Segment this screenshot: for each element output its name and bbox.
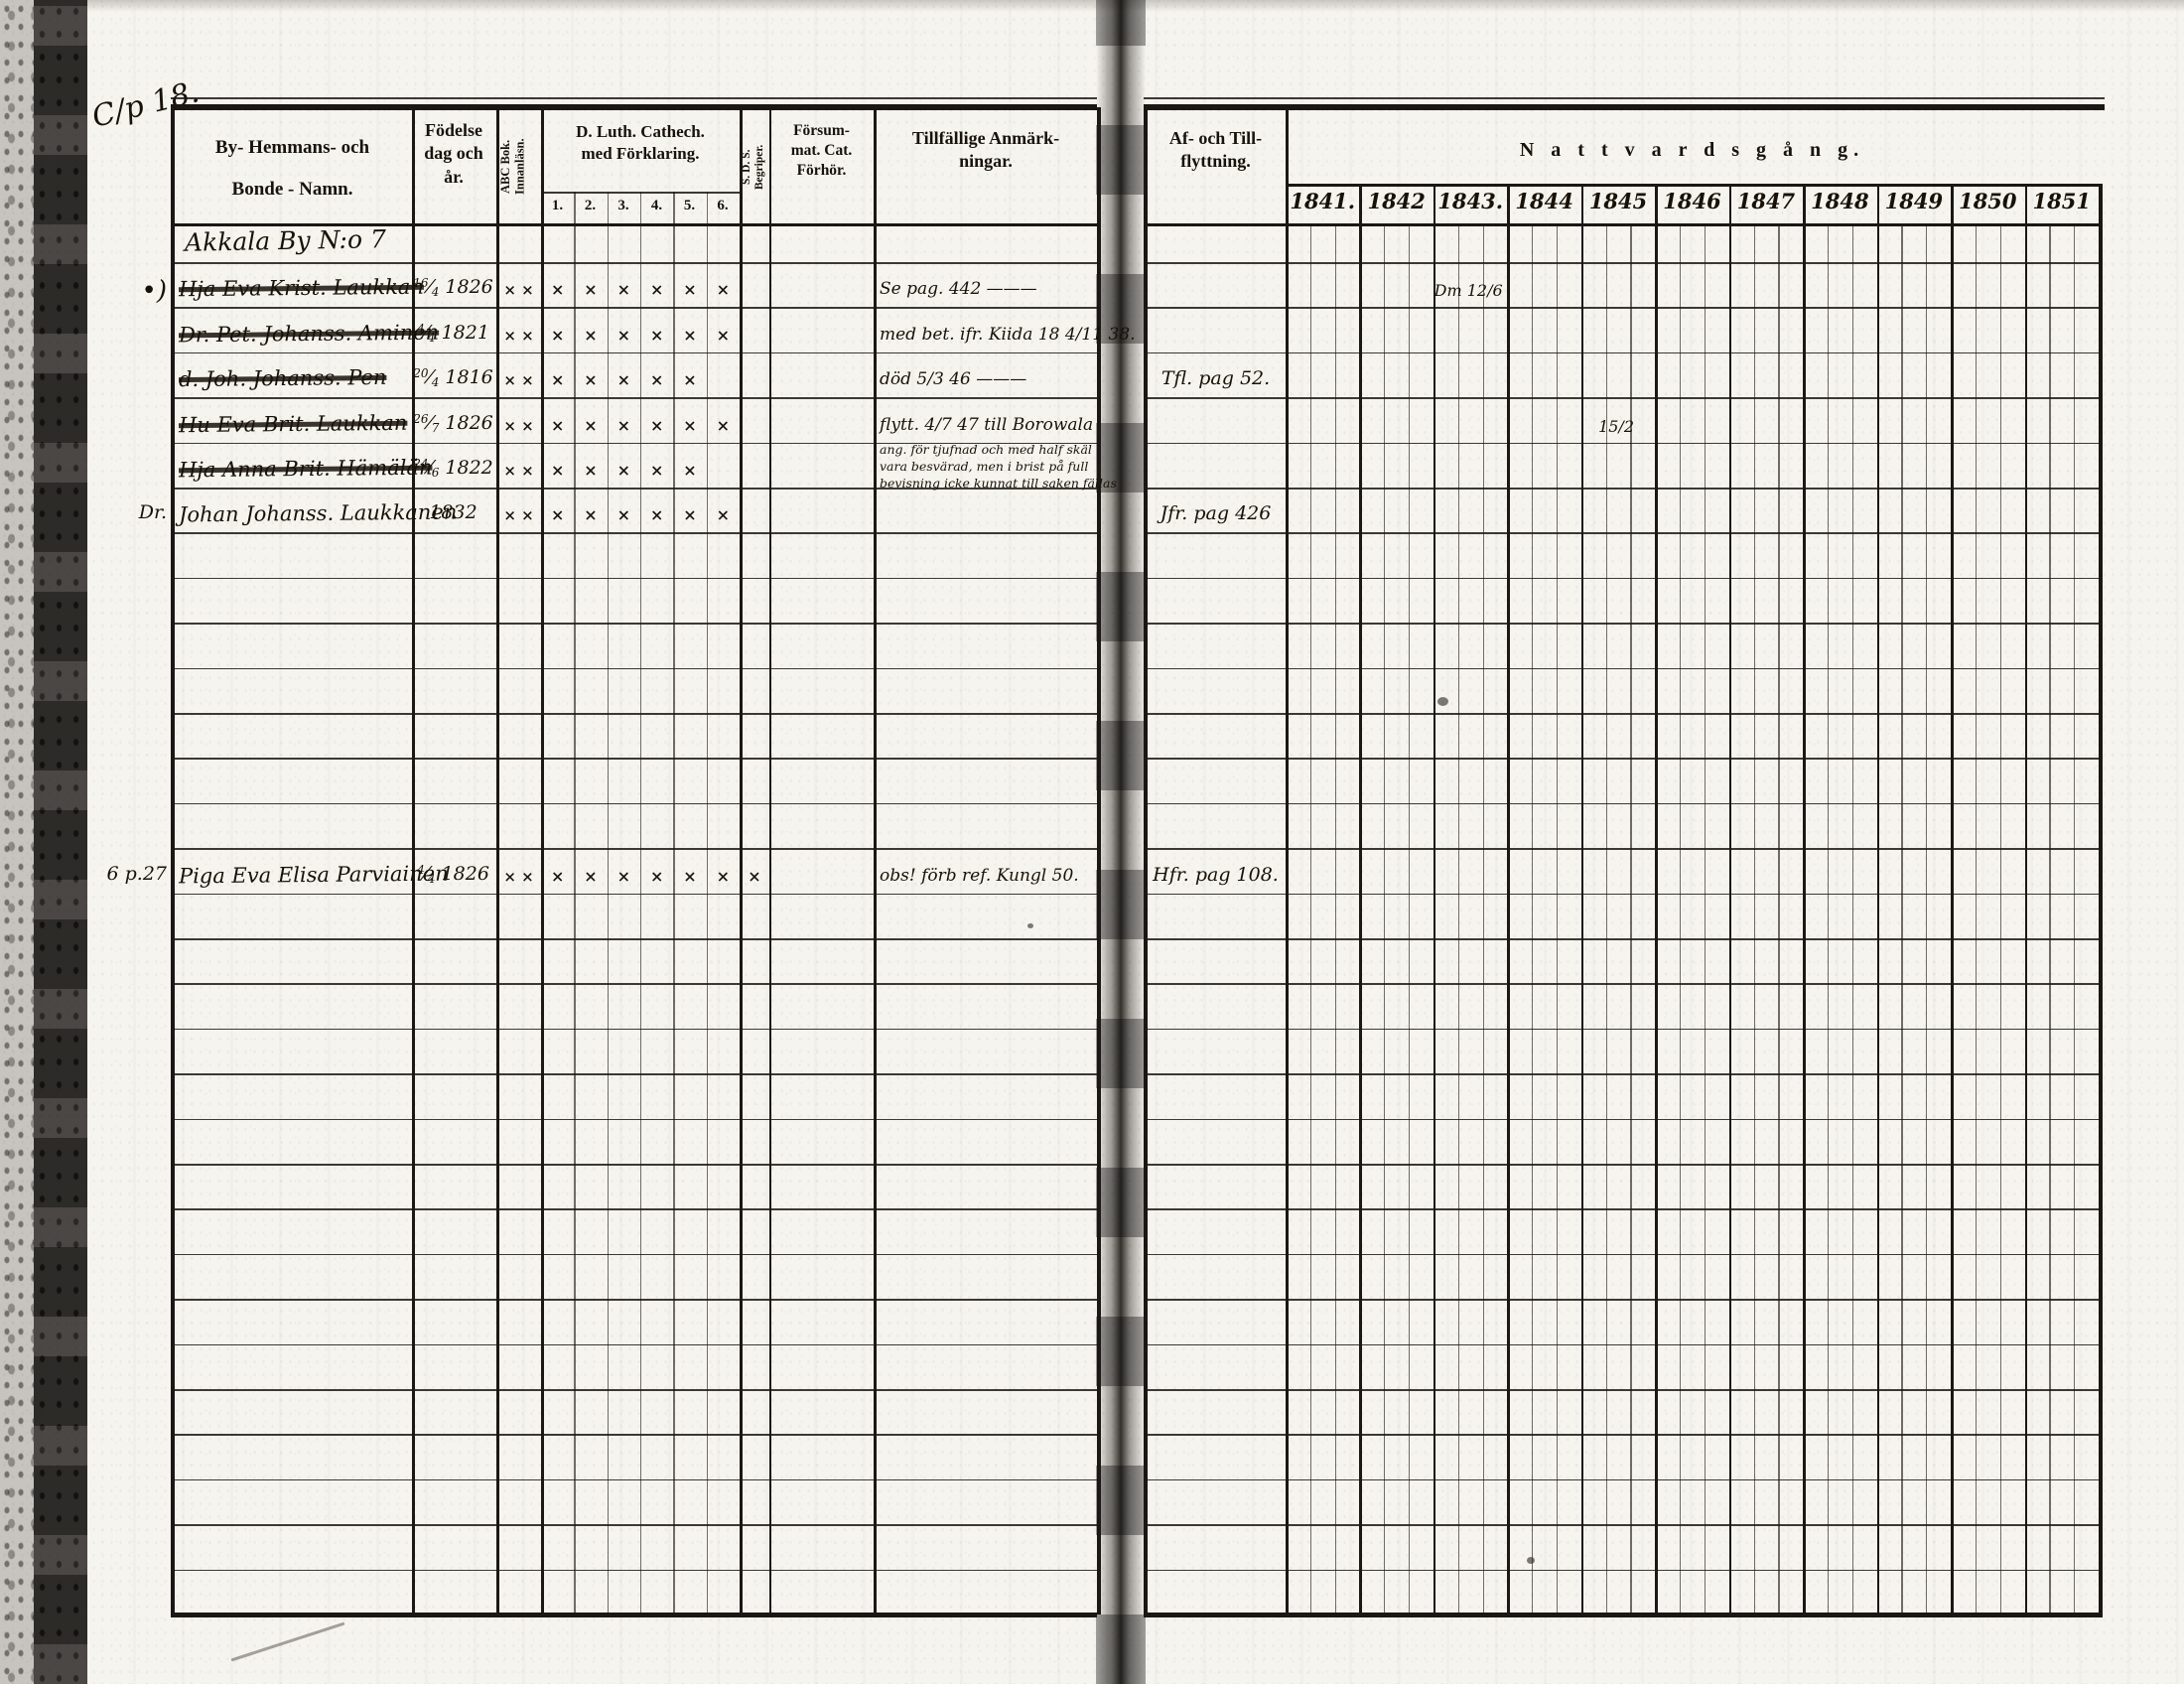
birth-column-header: Födelse dag och år. (414, 119, 493, 189)
scan-edge-light (0, 0, 34, 1684)
rule-horizontal (1286, 184, 2103, 187)
rule-vertical (1557, 223, 1558, 1614)
cathechism-mark: × (673, 505, 706, 524)
entry-name: Hja Eva Krist. Laukkan (179, 275, 424, 302)
cathechism-mark: × (574, 461, 607, 480)
rule-vertical (874, 107, 877, 1614)
entry-birth-date: 20⁄4 1816 (410, 366, 496, 389)
rule-horizontal (171, 352, 1097, 354)
rule-horizontal (171, 983, 1097, 985)
entry-remark-small: ang. för tjufnad och med half skäl (880, 442, 1092, 457)
abc-marks: × × (496, 506, 541, 524)
entry-remark-small: vara besvärad, men i brist på full (880, 459, 1088, 474)
ink-speck (1527, 1557, 1535, 1564)
rule-vertical (2074, 223, 2075, 1614)
year-label: 1849 (1877, 189, 1951, 213)
cathechism-mark: × (608, 867, 640, 886)
entry-birth-date: 1832 (410, 501, 496, 523)
rule-horizontal (171, 1029, 1097, 1031)
entry-name: d. Joh. Johanss. Pen (179, 365, 387, 391)
cathechism-mark: × (673, 867, 706, 886)
rule-vertical (574, 192, 575, 1614)
entry-margin-note: 6 p.27 (83, 863, 167, 885)
year-label: 1848 (1803, 189, 1876, 213)
rule-horizontal (171, 848, 1097, 850)
rule-horizontal (171, 1208, 1097, 1210)
rule-horizontal (171, 938, 1097, 940)
abc-marks: × × (496, 327, 541, 345)
cath-subcol-label-1: 1. (541, 197, 574, 216)
cathechism-mark: × (640, 867, 673, 886)
rule-vertical (2049, 223, 2050, 1614)
rule-vertical (1680, 223, 1681, 1614)
year-label: 1843. (1433, 189, 1507, 213)
rule-vertical (1532, 223, 1533, 1614)
year-label: 1844 (1507, 189, 1580, 213)
rule-vertical (1144, 107, 1148, 1614)
rule-horizontal (171, 1254, 1097, 1256)
abc-marks: × × (496, 371, 541, 389)
names-column-header: By- Hemmans- och Bonde - Namn. (177, 127, 408, 210)
cath-subcol-label-4: 4. (640, 197, 673, 216)
cathechism-mark: × (640, 505, 673, 524)
entry-birth-date: 24⁄6 1822 (410, 457, 496, 480)
cathechism-mark: × (673, 280, 706, 299)
cathechism-mark: × (541, 326, 574, 345)
entry-margin-note: •) (83, 276, 167, 306)
entry-birth-date: 26⁄7 1826 (410, 412, 496, 435)
entry-name: Dr. Pet. Johanss. Aminen (179, 320, 439, 347)
abc-marks: × × (496, 462, 541, 480)
rule-horizontal (171, 758, 1097, 760)
cathechism-mark: × (673, 326, 706, 345)
rule-vertical (2099, 184, 2103, 1614)
abc-marks: × × (496, 868, 541, 886)
rule-horizontal (171, 623, 1097, 625)
rule-horizontal (171, 1479, 1097, 1481)
rule-vertical (1951, 184, 1954, 1614)
anmarkningar-column-header: Tillfällige Anmärk- ningar. (878, 127, 1094, 174)
binding-gutter (1096, 0, 1146, 1684)
cathechism-mark: × (640, 416, 673, 435)
rule-vertical (1286, 107, 1289, 1614)
rule-horizontal (171, 668, 1097, 670)
rule-horizontal (171, 1389, 1097, 1391)
year-label: 1845 (1581, 189, 1655, 213)
village-header: Akkala By N:o 7 (185, 224, 386, 257)
rule-vertical (740, 107, 743, 1614)
cathechism-mark: × (673, 370, 706, 389)
cathechism-mark: × (541, 280, 574, 299)
rule-horizontal (171, 223, 1097, 226)
ink-speck (1437, 697, 1448, 706)
cathechism-mark: × (608, 280, 640, 299)
entry-name: Hu Eva Brit. Laukkan (179, 410, 408, 436)
cath-subcol-label-2: 2. (574, 197, 607, 216)
rule-vertical (707, 192, 708, 1614)
rule-horizontal (171, 578, 1097, 580)
year-label: 1842 (1359, 189, 1433, 213)
cathechism-mark: × (574, 867, 607, 886)
entry-birth-date: 4⁄4 1826 (410, 863, 496, 886)
cathechism-mark: × (608, 370, 640, 389)
rule-vertical (1655, 184, 1658, 1614)
rule-vertical (1581, 184, 1584, 1614)
abc-column-header: ABC Bok. Innanläsn. (498, 113, 540, 220)
entry-remark: obs! förb ref. Kungl 50. (880, 866, 1094, 886)
rule-vertical (1877, 184, 1880, 1614)
cathechism-mark: × (640, 370, 673, 389)
cathechism-mark: × (608, 416, 640, 435)
cathechism-mark: × (608, 326, 640, 345)
rule-horizontal (171, 1434, 1097, 1436)
communion-mark: Dm 12/6 (1424, 281, 1513, 300)
year-label: 1847 (1729, 189, 1803, 213)
abc-marks: × × (496, 281, 541, 299)
rule-horizontal (171, 1344, 1097, 1346)
rule-vertical (1803, 184, 1806, 1614)
rule-vertical (1359, 184, 1362, 1614)
rule-vertical (1384, 223, 1385, 1614)
cathechism-mark: × (640, 280, 673, 299)
rule-vertical (608, 192, 609, 1614)
rule-vertical (769, 107, 771, 1614)
rule-vertical (1976, 223, 1977, 1614)
rule-horizontal (171, 262, 1097, 264)
entry-birth-date: 16⁄4 1826 (410, 276, 496, 299)
cathechism-mark: × (707, 326, 740, 345)
rule-horizontal (171, 1299, 1097, 1301)
cathechism-mark: × (707, 416, 740, 435)
cathechism-mark: × (640, 326, 673, 345)
year-label: 1841. (1286, 189, 1359, 213)
rule-vertical (1705, 223, 1706, 1614)
cathechism-mark: × (541, 370, 574, 389)
rule-vertical (2025, 184, 2028, 1614)
entry-transfer-note: Jfr. pag 426 (1148, 502, 1284, 524)
rule-horizontal (171, 97, 1097, 99)
cathechism-mark: × (541, 416, 574, 435)
rule-vertical (1335, 223, 1336, 1614)
rule-horizontal (171, 1073, 1097, 1075)
cathechism-mark: × (673, 416, 706, 435)
year-label: 1846 (1655, 189, 1728, 213)
rule-vertical (1778, 223, 1779, 1614)
cathechism-mark: × (608, 505, 640, 524)
cathechism-mark: × (707, 867, 740, 886)
cathechism-mark: × (608, 461, 640, 480)
cathechism-column-header: D. Luth. Cathech. med Förklaring. (545, 121, 736, 165)
rule-horizontal (171, 1119, 1097, 1121)
rule-horizontal (171, 1570, 1097, 1572)
rule-horizontal (171, 1524, 1097, 1526)
rule-vertical (1754, 223, 1755, 1614)
rule-vertical (1852, 223, 1853, 1614)
entry-margin-note: Dr. (83, 501, 167, 523)
cathechism-mark: × (640, 461, 673, 480)
rule-horizontal (171, 397, 1097, 399)
rule-horizontal (171, 713, 1097, 715)
year-label: 1850 (1951, 189, 2024, 213)
cathechism-mark: × (541, 505, 574, 524)
cathechism-mark: × (574, 416, 607, 435)
cath-subcol-label-5: 5. (673, 197, 706, 216)
ink-speck (1027, 923, 1033, 928)
cath-subcol-label-3: 3. (607, 197, 640, 216)
entry-remark: med bet. ifr. Kiida 18 4/11 38. (880, 325, 1094, 345)
rule-horizontal (171, 803, 1097, 805)
parish-register-scan: C/p 18. By- Hemmans- och Bonde - Namn. F… (0, 0, 2184, 1684)
entry-transfer-note: Hfr. pag 108. (1148, 864, 1284, 886)
entry-name: Piga Eva Elisa Parviainen (179, 861, 449, 888)
rule-vertical (1483, 223, 1484, 1614)
cathechism-mark: × (574, 505, 607, 524)
rule-vertical (171, 107, 175, 1614)
cathechism-mark: × (574, 370, 607, 389)
entry-remark-small: bevisning icke kunnat till saken fällas (880, 476, 1117, 491)
rule-vertical (1729, 184, 1732, 1614)
nattvardsgang-title: N a t t v a r d s g å n g. (1286, 137, 2099, 163)
entry-birth-date: 4⁄4 1821 (410, 322, 496, 345)
entry-name: Hja Anna Brit. Hämälän (179, 456, 433, 483)
rule-horizontal (1144, 97, 2105, 99)
rule-horizontal (171, 307, 1097, 309)
year-label: 1851 (2025, 189, 2099, 213)
cath-subcol-label-6: 6. (706, 197, 740, 216)
rule-vertical (2000, 223, 2001, 1614)
communion-mark: 15/2 (1571, 417, 1661, 436)
rule-vertical (1458, 223, 1459, 1614)
sds-mark: × (740, 867, 769, 886)
rule-vertical (1409, 223, 1410, 1614)
rule-vertical (640, 192, 641, 1614)
abc-marks: × × (496, 417, 541, 435)
entry-remark: Se pag. 442 ——— (880, 279, 1094, 299)
rule-horizontal (171, 1613, 1097, 1617)
rule-vertical (1926, 223, 1927, 1614)
cathechism-mark: × (574, 280, 607, 299)
cathechism-mark: × (707, 280, 740, 299)
entry-remark: flytt. 4/7 47 till Borowala (880, 415, 1094, 435)
sds-column-header: S. D. S. Begriper. (741, 113, 768, 220)
cathechism-mark: × (574, 326, 607, 345)
cathechism-mark: × (541, 867, 574, 886)
rule-vertical (1310, 223, 1311, 1614)
entry-remark: död 5/3 46 ——— (880, 369, 1094, 389)
rule-horizontal (171, 104, 1097, 110)
flyttning-column-header: Af- och Till- flyttning. (1148, 127, 1284, 174)
forsummat-column-header: Försum- mat. Cat. Förhör. (771, 121, 872, 181)
scan-edge-dark (34, 0, 87, 1684)
rule-vertical (1901, 223, 1902, 1614)
entry-transfer-note: Tfl. pag 52. (1148, 367, 1284, 389)
cathechism-mark: × (541, 461, 574, 480)
rule-vertical (1507, 184, 1510, 1614)
rule-horizontal (171, 532, 1097, 534)
cathechism-mark: × (707, 505, 740, 524)
rule-vertical (1828, 223, 1829, 1614)
rule-horizontal (171, 894, 1097, 896)
rule-vertical (673, 192, 674, 1614)
rule-vertical (1433, 184, 1436, 1614)
cathechism-mark: × (673, 461, 706, 480)
rule-horizontal (171, 1164, 1097, 1166)
